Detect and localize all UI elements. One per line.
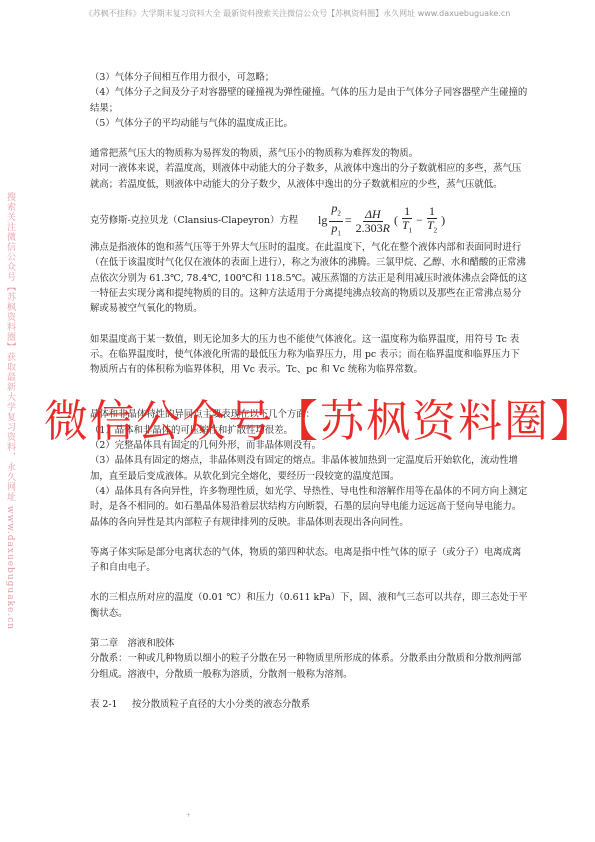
table-caption-title: 按分散质粒子直径的大小分类的液态分散系 bbox=[132, 699, 310, 710]
paragraph-gas-assumption-4: （4）气体分子之间及分子对容器壁的碰撞视为弹性碰撞。气体的压力是由于气体分子同容… bbox=[90, 85, 528, 116]
fraction-p2-p1: p2 p1 bbox=[329, 202, 343, 240]
clausius-clapeyron-formula: lg p2 p1 = ΔH 2.303R ( 1 T1 − 1 T2 ) bbox=[318, 202, 445, 240]
formula-denom: 2.303 bbox=[356, 221, 383, 235]
page-mark: + bbox=[186, 812, 191, 819]
paragraph-boiling-point: 沸点是指液体的饱和蒸气压等于外界大气压时的温度。在此温度下，气化在整个液体内部和… bbox=[90, 240, 528, 316]
paragraph-dispersion-definition: 分散系：一种或几种物质以细小的粒子分散在另一种物质里所形成的体系。分散系由分散质… bbox=[90, 651, 528, 682]
clausius-clapeyron-row: 克劳修斯-克拉贝龙（Clansius-Clapeyron）方程 lg p2 p1… bbox=[90, 204, 528, 238]
paragraph-triple-point: 水的三相点所对应的温度（0.01 ℃）和压力（0.611 kPa）下，固、液和气… bbox=[90, 590, 528, 621]
formula-p2-sub: 2 bbox=[337, 210, 341, 218]
formula-R: R bbox=[383, 221, 390, 235]
formula-equals: = bbox=[345, 213, 352, 228]
paragraph-volatility-temperature: 对同一液体来说，若温度高，则液体中动能大的分子数多，从液体中逸出的分子数就相应的… bbox=[90, 161, 528, 192]
fraction-dH: ΔH 2.303R bbox=[354, 208, 392, 235]
paragraph-crystal-4: （4）晶体具有各向异性，许多物理性质，如光学、导热性、导电性和溶解作用等在晶体的… bbox=[90, 484, 528, 530]
table-caption-number: 表 2-1 bbox=[90, 697, 132, 712]
watermark-banner: 微信公众号【苏枫资料圈】 bbox=[44, 396, 514, 448]
paragraph-gas-assumption-5: （5）气体分子的平均动能与气体的温度成正比。 bbox=[90, 116, 528, 131]
paragraph-gas-assumption-3: （3）气体分子间相互作用力很小，可忽略； bbox=[90, 70, 528, 85]
page-header: 《苏枫不挂科》大学期末复习资料大全 最新资料搜索关注微信公众号【苏枫资料圈】永久… bbox=[0, 8, 595, 19]
formula-label: 克劳修斯-克拉贝龙（Clansius-Clapeyron）方程 bbox=[90, 213, 318, 228]
paragraph-critical-constants: 如果温度高于某一数值，则无论加多大的压力也不能使气体液化。这一温度称为临界温度，… bbox=[90, 332, 528, 378]
chapter-title: 第二章 溶液和胶体 bbox=[90, 636, 528, 651]
formula-close-paren: ) bbox=[441, 213, 445, 228]
formula-T2: T bbox=[427, 218, 434, 232]
formula-one-b: 1 bbox=[427, 205, 437, 219]
paragraph-crystal-3: （3）晶体具有固定的熔点，非晶体则没有固定的熔点。非晶体被加热到一定温度后开始软… bbox=[90, 453, 528, 484]
formula-dH: ΔH bbox=[365, 207, 381, 221]
formula-lg: lg bbox=[318, 213, 327, 228]
sidebar-promo-text: 搜索关注微信公众号【苏枫资料圈】获取最新大学复习资料，永久网址 www.daxu… bbox=[4, 192, 16, 630]
formula-open-paren: ( bbox=[394, 213, 398, 228]
paragraph-plasma: 等离子体实际是部分电离状态的气体，物质的第四种状态。电离是指中性气体的原子（或分… bbox=[90, 545, 528, 576]
fraction-1-T1: 1 T1 bbox=[400, 205, 414, 237]
formula-T1: T bbox=[402, 218, 409, 232]
fraction-1-T2: 1 T2 bbox=[425, 205, 439, 237]
formula-one-a: 1 bbox=[402, 205, 412, 219]
formula-T1-sub: 1 bbox=[409, 226, 413, 234]
formula-T2-sub: 2 bbox=[434, 226, 438, 234]
formula-minus: − bbox=[416, 213, 423, 228]
paragraph-volatility-definition: 通常把蒸气压大的物质称为易挥发的物质，蒸气压小的物质称为难挥发的物质。 bbox=[90, 146, 528, 161]
document-body: （3）气体分子间相互作用力很小，可忽略； （4）气体分子之间及分子对容器壁的碰撞… bbox=[90, 70, 528, 712]
formula-p1-sub: 1 bbox=[337, 229, 341, 237]
table-caption: 表 2-1按分散质粒子直径的大小分类的液态分散系 bbox=[90, 697, 528, 712]
